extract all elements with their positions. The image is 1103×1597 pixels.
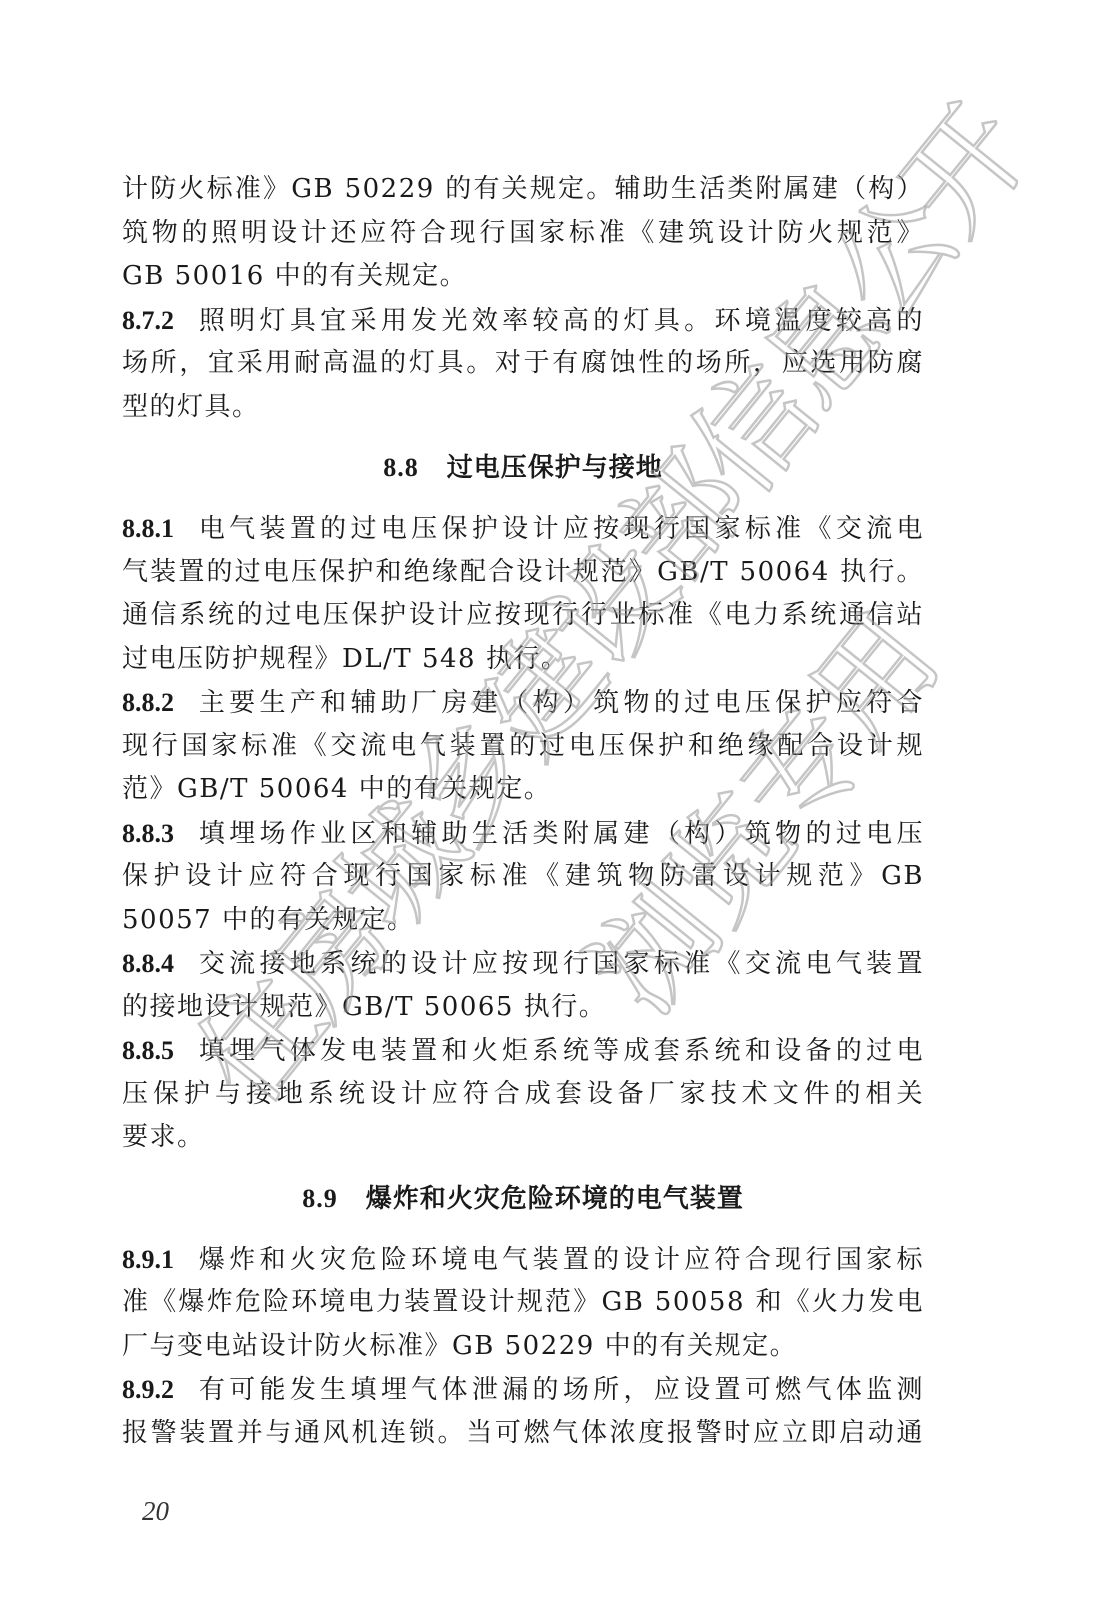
text-line: GB 50016 中的有关规定。 (122, 255, 924, 299)
section-title: 过电压保护与接地 (447, 453, 663, 483)
clause-number: 8.8.1 (122, 514, 174, 543)
clause-8-9-1: 8.9.1爆炸和火灾危险环境电气装置的设计应符合现行国家标 准《爆炸危险环境电力… (122, 1238, 924, 1369)
text-line: 通信系统的过电压保护设计应按现行行业标准《电力系统通信站 (122, 594, 924, 638)
text-line: 交流接地系统的设计应按现行国家标准《交流电气装置 (196, 949, 924, 979)
text-line: 照明灯具宜采用发光效率较高的灯具。环境温度较高的 (196, 306, 924, 336)
clause-number: 8.9.2 (122, 1375, 174, 1404)
clause-number: 8.8.4 (122, 949, 174, 978)
text-line: 厂与变电站设计防火标准》GB 50229 中的有关规定。 (122, 1325, 924, 1369)
text-line: 准《爆炸危险环境电力装置设计规范》GB 50058 和《火力发电 (122, 1281, 924, 1325)
text-line: 现行国家标准《交流电气装置的过电压保护和绝缘配合设计规 (122, 725, 924, 769)
page-number: 20 (142, 1496, 169, 1527)
text-line: 压保护与接地系统设计应符合成套设备厂家技术文件的相关 (122, 1073, 924, 1117)
clause-8-8-4: 8.8.4交流接地系统的设计应按现行国家标准《交流电气装置 的接地设计规范》GB… (122, 942, 924, 1029)
section-heading-8-8: 8.8过电压保护与接地 (122, 437, 924, 499)
page-content: 计防火标准》GB 50229 的有关规定。辅助生活类附属建（构） 筑物的照明设计… (122, 168, 924, 1455)
text-line: 的接地设计规范》GB/T 50065 执行。 (122, 986, 924, 1030)
text-line: 要求。 (122, 1116, 924, 1160)
text-line: 筑物的照明设计还应符合现行国家标准《建筑设计防火规范》 (122, 212, 924, 256)
section-number: 8.8 (383, 453, 419, 482)
clause-number: 8.8.5 (122, 1036, 174, 1065)
text-line: 气装置的过电压保护和绝缘配合设计规范》GB/T 50064 执行。 (122, 551, 924, 595)
text-line: 型的灯具。 (122, 386, 924, 430)
text-line: 主要生产和辅助厂房建（构）筑物的过电压保护应符合 (196, 688, 924, 718)
clause-number: 8.8.2 (122, 688, 174, 717)
text-line: 保护设计应符合现行国家标准《建筑物防雷设计规范》GB (122, 855, 924, 899)
section-title: 爆炸和火灾危险环境的电气装置 (366, 1184, 744, 1214)
text-line: 过电压防护规程》DL/T 548 执行。 (122, 638, 924, 682)
clause-8-8-5: 8.8.5填埋气体发电装置和火炬系统等成套系统和设备的过电 压保护与接地系统设计… (122, 1029, 924, 1160)
clause-8-8-3: 8.8.3填埋场作业区和辅助生活类附属建（构）筑物的过电压 保护设计应符合现行国… (122, 812, 924, 943)
text-line: 场所，宜采用耐高温的灯具。对于有腐蚀性的场所，应选用防腐 (122, 342, 924, 386)
clause-8-8-2: 8.8.2主要生产和辅助厂房建（构）筑物的过电压保护应符合 现行国家标准《交流电… (122, 681, 924, 812)
paragraph-8-7-1-continued: 计防火标准》GB 50229 的有关规定。辅助生活类附属建（构） 筑物的照明设计… (122, 168, 924, 299)
text-line: 范》GB/T 50064 中的有关规定。 (122, 768, 924, 812)
text-line: 填埋场作业区和辅助生活类附属建（构）筑物的过电压 (196, 819, 924, 849)
text-line: 50057 中的有关规定。 (122, 899, 924, 943)
clause-8-7-2: 8.7.2照明灯具宜采用发光效率较高的灯具。环境温度较高的 场所，宜采用耐高温的… (122, 299, 924, 430)
text-line: 报警装置并与通风机连锁。当可燃气体浓度报警时应立即启动通 (122, 1412, 924, 1456)
text-line: 爆炸和火灾危险环境电气装置的设计应符合现行国家标 (196, 1245, 924, 1275)
section-number: 8.9 (302, 1184, 338, 1213)
document-page: 计防火标准》GB 50229 的有关规定。辅助生活类附属建（构） 筑物的照明设计… (0, 0, 1103, 1597)
clause-number: 8.7.2 (122, 306, 174, 335)
clause-number: 8.8.3 (122, 819, 174, 848)
clause-number: 8.9.1 (122, 1245, 174, 1274)
text-line: 有可能发生填埋气体泄漏的场所，应设置可燃气体监测 (196, 1375, 924, 1405)
section-heading-8-9: 8.9爆炸和火灾危险环境的电气装置 (122, 1168, 924, 1230)
clause-8-9-2: 8.9.2有可能发生填埋气体泄漏的场所，应设置可燃气体监测 报警装置并与通风机连… (122, 1368, 924, 1455)
text-line: 填埋气体发电装置和火炬系统等成套系统和设备的过电 (196, 1036, 924, 1066)
clause-8-8-1: 8.8.1电气装置的过电压保护设计应按现行国家标准《交流电 气装置的过电压保护和… (122, 507, 924, 681)
text-line: 计防火标准》GB 50229 的有关规定。辅助生活类附属建（构） (122, 168, 924, 212)
text-line: 电气装置的过电压保护设计应按现行国家标准《交流电 (196, 514, 924, 544)
